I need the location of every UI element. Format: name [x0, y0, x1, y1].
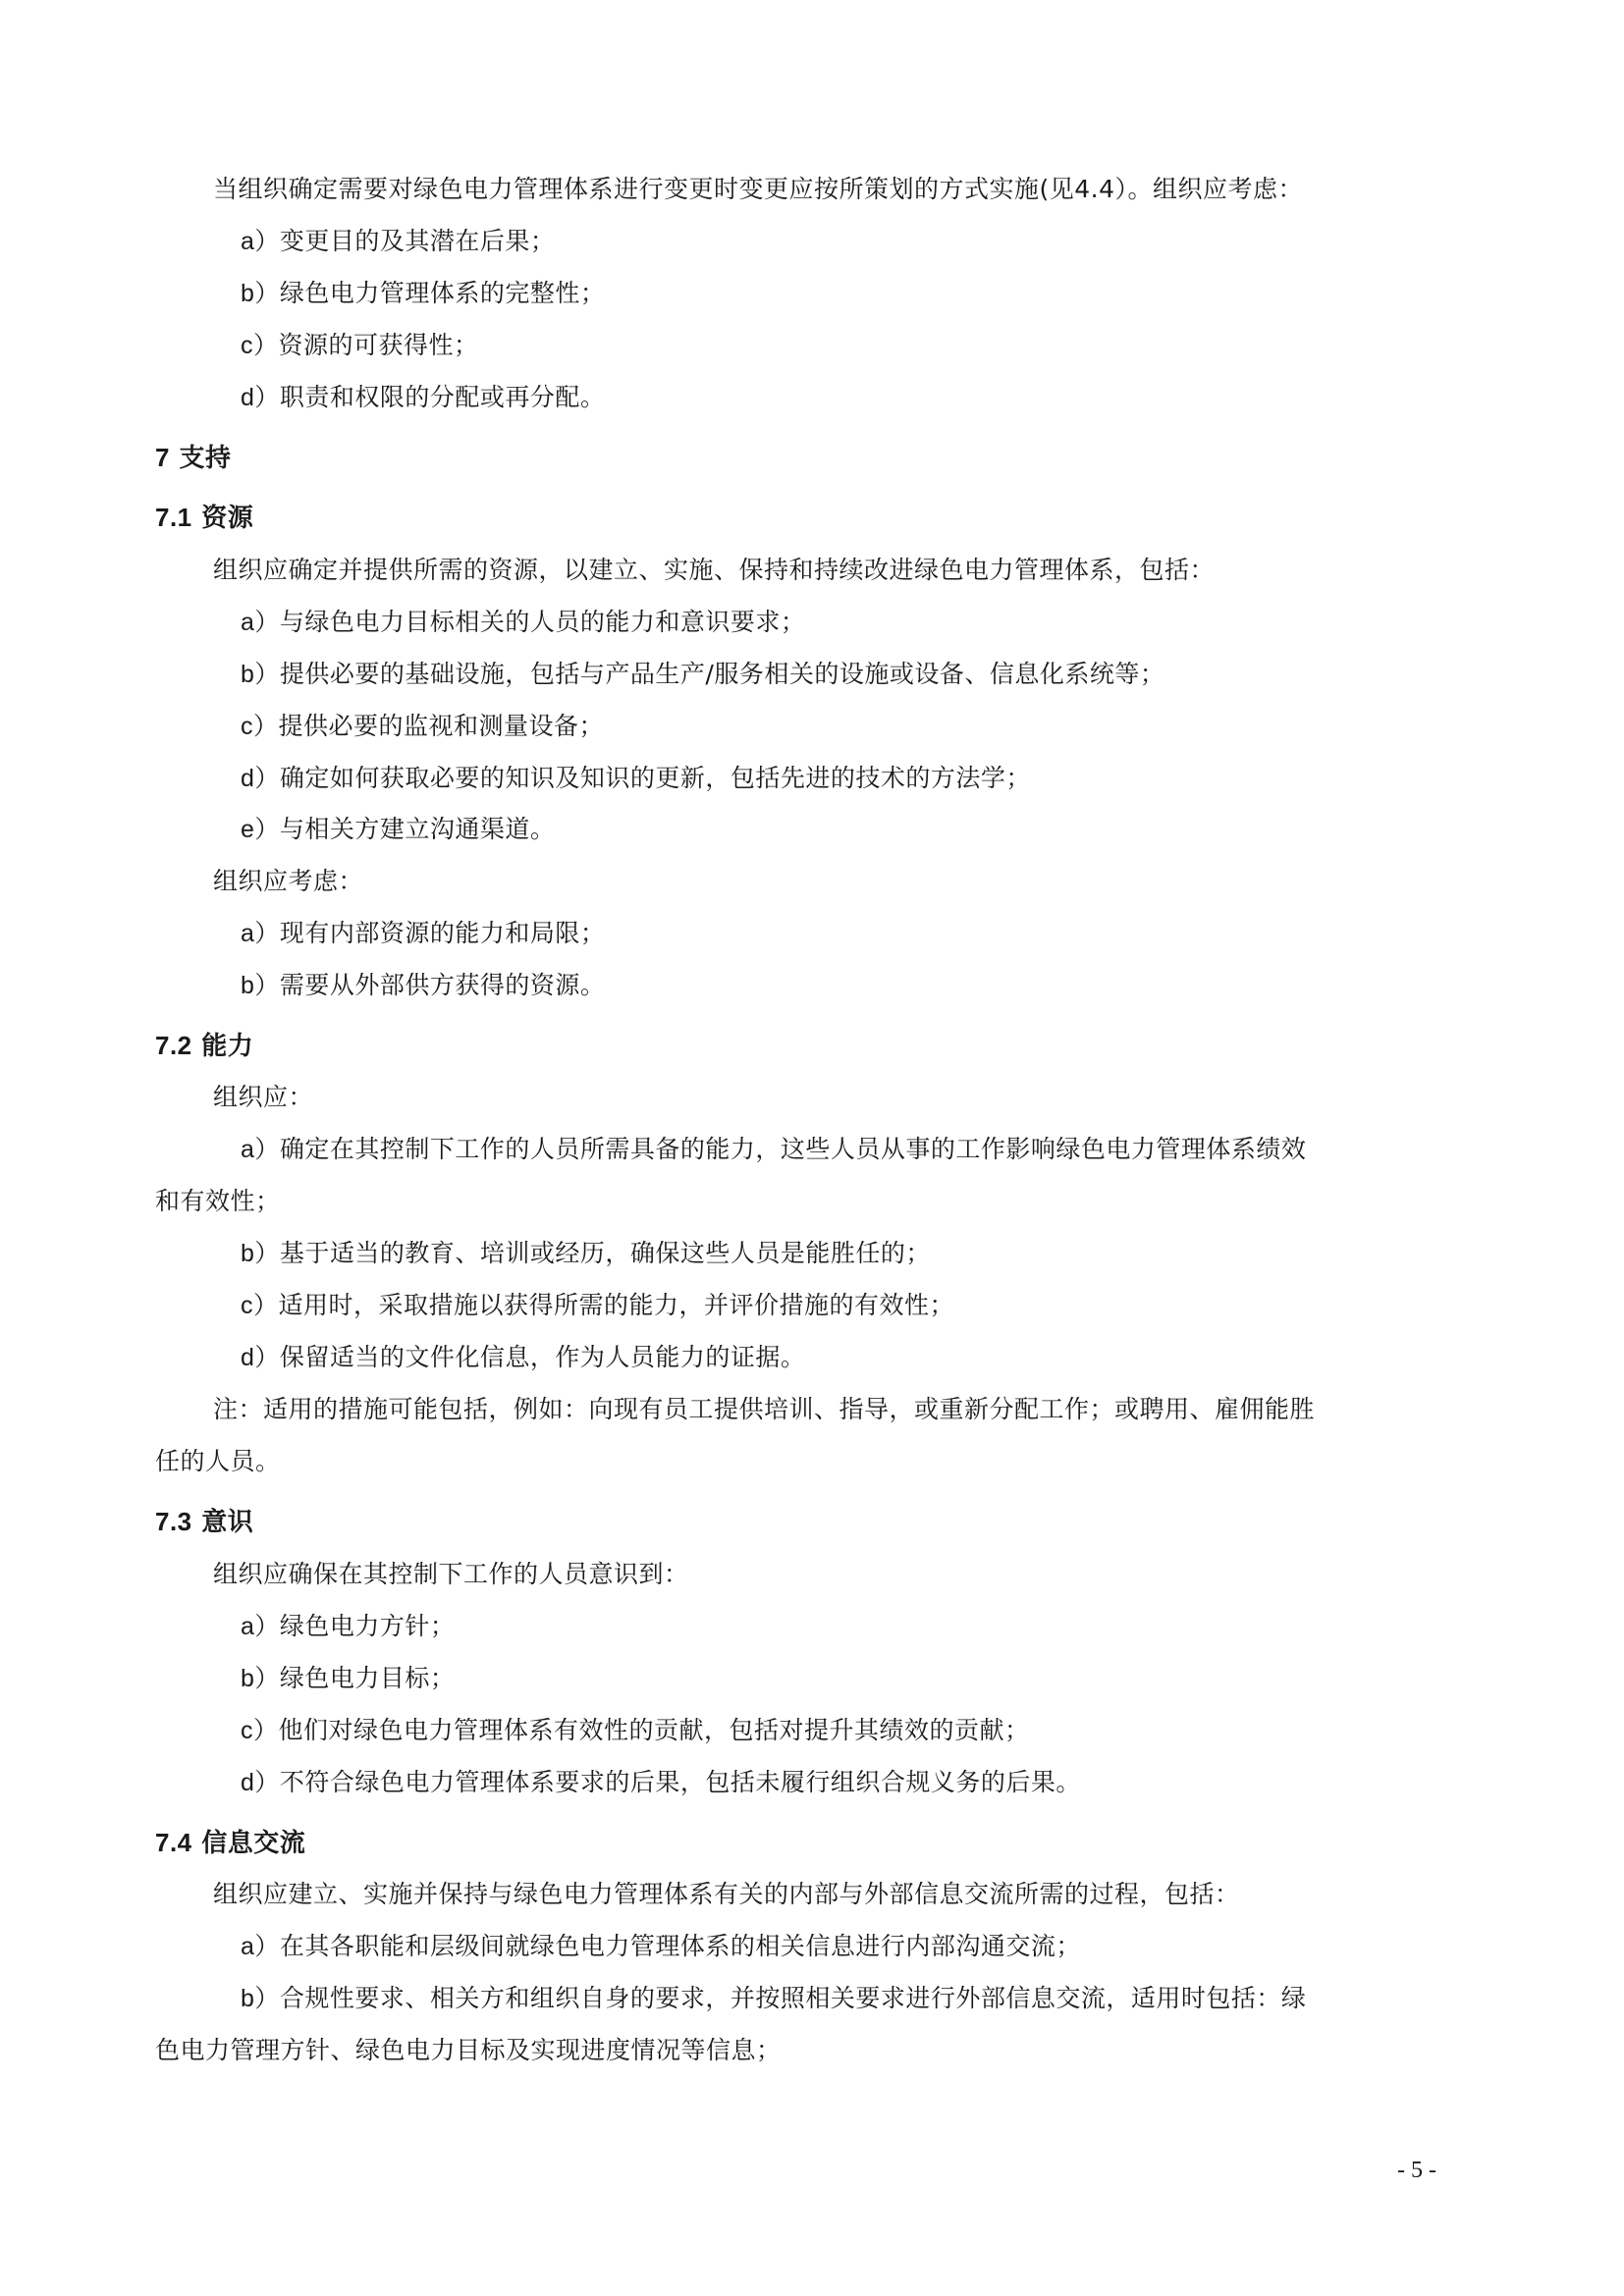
- section-heading-7: 7 支持: [155, 442, 232, 474]
- paragraph: 组织应确保在其控制下工作的人员意识到：: [213, 1559, 689, 1590]
- list-item: b）绿色电力管理体系的完整性；: [241, 278, 605, 309]
- document-page: 当组织确定需要对绿色电力管理体系进行变更时变更应按所策划的方式实施(见4.4）。…: [0, 0, 1624, 2296]
- note: 注：适用的措施可能包括，例如：向现有员工提供培训、指导，或重新分配工作；或聘用、…: [213, 1394, 1315, 1425]
- list-item: e）与相关方建立沟通渠道。: [241, 814, 555, 845]
- paragraph-intro: 当组织确定需要对绿色电力管理体系进行变更时变更应按所策划的方式实施(见4.4）。…: [213, 174, 1303, 205]
- list-item-continuation: 色电力管理方针、绿色电力目标及实现进度情况等信息；: [155, 2035, 782, 2066]
- list-item: b）合规性要求、相关方和组织自身的要求，并按照相关要求进行外部信息交流，适用时包…: [241, 1983, 1306, 2014]
- list-text: 变更目的及其潜在后果；: [280, 227, 556, 255]
- list-item: c）提供必要的监视和测量设备；: [241, 711, 604, 742]
- section-heading-7-2: 7.2 能力: [155, 1030, 253, 1062]
- paragraph: 组织应：: [213, 1082, 313, 1113]
- list-item: d）确定如何获取必要的知识及知识的更新，包括先进的技术的方法学；: [241, 763, 1031, 794]
- list-item: b）提供必要的基础设施，包括与产品生产/服务相关的设施或设备、信息化系统等；: [241, 659, 1164, 690]
- list-label: d）: [241, 384, 280, 411]
- list-label: a）: [241, 228, 280, 255]
- paragraph: 组织应确定并提供所需的资源，以建立、实施、保持和持续改进绿色电力管理体系，包括：: [213, 555, 1215, 586]
- note-continuation: 任的人员。: [155, 1446, 281, 1477]
- list-item: c）资源的可获得性；: [241, 330, 479, 361]
- section-heading-7-4: 7.4 信息交流: [155, 1827, 305, 1859]
- list-item: a）变更目的及其潜在后果；: [241, 226, 555, 257]
- list-label: b）: [241, 280, 280, 307]
- list-item: d）不符合绿色电力管理体系要求的后果，包括未履行组织合规义务的后果。: [241, 1767, 1081, 1798]
- page-number: - 5 -: [1397, 2158, 1436, 2184]
- list-label: c）: [241, 332, 279, 359]
- list-text: 职责和权限的分配或再分配。: [280, 383, 606, 411]
- list-item: a）绿色电力方针；: [241, 1611, 455, 1642]
- list-item: a）确定在其控制下工作的人员所需具备的能力，这些人员从事的工作影响绿色电力管理体…: [241, 1134, 1306, 1165]
- list-item: a）在其各职能和层级间就绿色电力管理体系的相关信息进行内部沟通交流；: [241, 1931, 1081, 1962]
- list-text: 绿色电力管理体系的完整性；: [280, 279, 606, 307]
- list-item: d）保留适当的文件化信息，作为人员能力的证据。: [241, 1342, 805, 1373]
- paragraph: 组织应建立、实施并保持与绿色电力管理体系有关的内部与外部信息交流所需的过程，包括…: [213, 1879, 1240, 1910]
- list-item: a）与绿色电力目标相关的人员的能力和意识要求；: [241, 607, 805, 638]
- list-item: c）适用时，采取措施以获得所需的能力，并评价措施的有效性；: [241, 1290, 954, 1321]
- section-heading-7-1: 7.1 资源: [155, 502, 253, 534]
- section-heading-7-3: 7.3 意识: [155, 1506, 253, 1538]
- list-item: c）他们对绿色电力管理体系有效性的贡献，包括对提升其绩效的贡献；: [241, 1715, 1030, 1746]
- list-text: 资源的可获得性；: [279, 331, 479, 359]
- list-item: d）职责和权限的分配或再分配。: [241, 382, 605, 413]
- list-item: b）需要从外部供方获得的资源。: [241, 970, 605, 1001]
- list-item: a）现有内部资源的能力和局限；: [241, 918, 605, 949]
- list-item: b）基于适当的教育、培训或经历，确保这些人员是能胜任的；: [241, 1238, 931, 1269]
- paragraph: 组织应考虑：: [213, 866, 363, 897]
- list-item-continuation: 和有效性；: [155, 1186, 281, 1217]
- list-item: b）绿色电力目标；: [241, 1663, 455, 1694]
